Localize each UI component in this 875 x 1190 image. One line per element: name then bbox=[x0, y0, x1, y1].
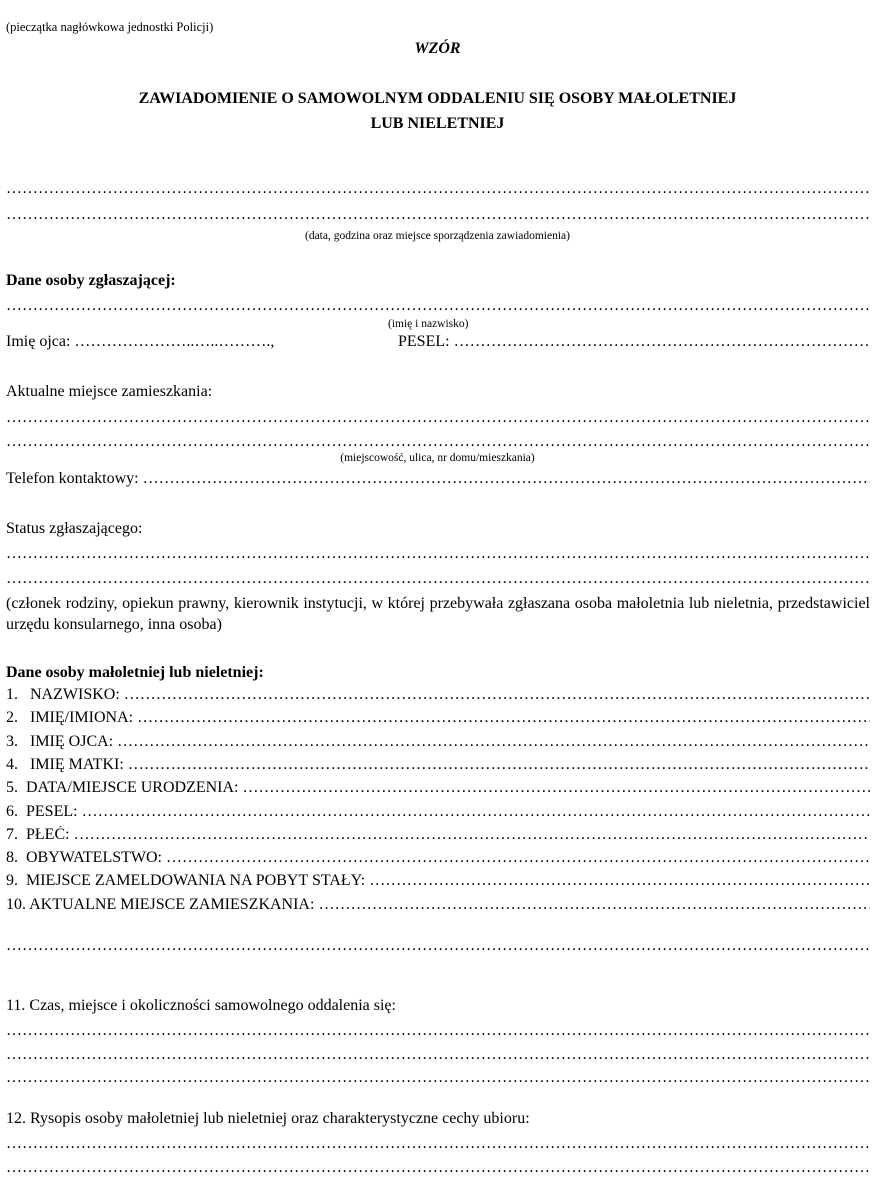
item12-field-1[interactable]: …………………………………………………………………………………………………………… bbox=[6, 1135, 870, 1153]
pesel-label: PESEL: bbox=[398, 333, 450, 350]
minor-field-label: 4. IMIĘ MATKI: bbox=[6, 756, 124, 773]
minor-heading: Dane osoby małoletniej lub nieletniej: bbox=[6, 664, 264, 682]
phone-label: Telefon kontaktowy: bbox=[6, 470, 139, 487]
minor-field-row: 8. OBYWATELSTWO: ……………………………………………………………… bbox=[6, 849, 870, 867]
status-note: (członek rodziny, opiekun prawny, kierow… bbox=[6, 593, 870, 635]
minor-field-label: 3. IMIĘ OJCA: bbox=[6, 733, 113, 750]
minor-field-label: 2. IMIĘ/IMIONA: bbox=[6, 709, 133, 726]
item12-label: 12. Rysopis osoby małoletniej lub nielet… bbox=[6, 1110, 530, 1128]
minor-field-row: 1. NAZWISKO: ………………………………………………………………………… bbox=[6, 686, 870, 704]
reporter-heading: Dane osoby zgłaszającej: bbox=[6, 272, 176, 290]
father-name-label: Imię ojca: bbox=[6, 333, 70, 350]
phone-field[interactable]: …………………………………………………………………………………………………………… bbox=[143, 470, 870, 487]
minor-field-row: 3. IMIĘ OJCA: ……………………………………………………………………… bbox=[6, 733, 870, 751]
minor-field-label: 8. OBYWATELSTWO: bbox=[6, 849, 162, 866]
minor-field-label: 9. MIEJSCE ZAMELDOWANIA NA POBYT STAŁY: bbox=[6, 872, 365, 889]
item12-field-2[interactable]: …………………………………………………………………………………………………………… bbox=[6, 1159, 870, 1177]
minor-field-row: 10. AKTUALNE MIEJSCE ZAMIESZKANIA: ……………… bbox=[6, 896, 870, 914]
minor-field-row: 5. DATA/MIEJSCE URODZENIA: …………………………………… bbox=[6, 779, 870, 797]
minor-field-input[interactable]: …………………………………………………………………………………………………………… bbox=[318, 896, 870, 913]
form-title-line1: ZAWIADOMIENIE O SAMOWOLNYM ODDALENIU SIĘ… bbox=[0, 90, 875, 108]
minor-field-row: 4. IMIĘ MATKI: …………………………………………………………………… bbox=[6, 756, 870, 774]
minor-field-input[interactable]: …………………………………………………………………………………………………………… bbox=[137, 709, 870, 726]
minor-field-label: 10. AKTUALNE MIEJSCE ZAMIESZKANIA: bbox=[6, 896, 314, 913]
status-field-1[interactable]: …………………………………………………………………………………………………………… bbox=[6, 545, 870, 563]
minor-field-input[interactable]: …………………………………………………………………………………………………………… bbox=[124, 686, 870, 703]
minor-field-input[interactable]: …………………………………………………………………………………………………………… bbox=[369, 872, 870, 889]
pesel-field[interactable]: …………………………………………………………………………………………………………… bbox=[454, 333, 870, 350]
address-field-1[interactable]: …………………………………………………………………………………………………………… bbox=[6, 409, 870, 427]
minor-field-row: 6. PESEL: ………………………………………………………………………………… bbox=[6, 803, 870, 821]
minor-field-input[interactable]: …………………………………………………………………………………………………………… bbox=[117, 733, 870, 750]
minor-field-row: 7. PŁEĆ: …………………………………………………………………………………… bbox=[6, 826, 870, 844]
date-place-caption: (data, godzina oraz miejsce sporządzenia… bbox=[0, 230, 875, 242]
item11-field-3[interactable]: …………………………………………………………………………………………………………… bbox=[6, 1069, 870, 1087]
pesel-row: PESEL: ………………………………………………………………………………………… bbox=[398, 333, 870, 351]
minor-field-input[interactable]: …………………………………………………………………………………………………………… bbox=[82, 803, 870, 820]
template-label: WZÓR bbox=[0, 40, 875, 58]
minor-field-label: 1. NAZWISKO: bbox=[6, 686, 120, 703]
date-place-field-2[interactable]: …………………………………………………………………………………………………………… bbox=[6, 206, 870, 224]
item11-field-1[interactable]: …………………………………………………………………………………………………………… bbox=[6, 1022, 870, 1040]
minor-field-label: 5. DATA/MIEJSCE URODZENIA: bbox=[6, 779, 239, 796]
minor-field-row: 9. MIEJSCE ZAMELDOWANIA NA POBYT STAŁY: … bbox=[6, 872, 870, 890]
reporter-name-caption: (imię i nazwisko) bbox=[388, 318, 468, 330]
minor-field-label: 7. PŁEĆ: bbox=[6, 826, 70, 843]
address-label: Aktualne miejsce zamieszkania: bbox=[6, 383, 212, 401]
minor-field-label: 6. PESEL: bbox=[6, 803, 78, 820]
form-title-line2: LUB NIELETNIEJ bbox=[0, 115, 875, 133]
minor-field-input[interactable]: …………………………………………………………………………………………………………… bbox=[243, 779, 871, 796]
status-label: Status zgłaszającego: bbox=[6, 520, 142, 538]
father-name-row: Imię ojca: …………………..…..………., bbox=[6, 333, 274, 351]
address-caption: (miejscowość, ulica, nr domu/mieszkania) bbox=[0, 452, 875, 464]
minor-field-input[interactable]: …………………………………………………………………………………………………………… bbox=[128, 756, 870, 773]
minor-field-input[interactable]: …………………………………………………………………………………………………………… bbox=[74, 826, 870, 843]
date-place-field-1[interactable]: …………………………………………………………………………………………………………… bbox=[6, 180, 870, 198]
current-residence-field-2[interactable]: …………………………………………………………………………………………………………… bbox=[6, 937, 870, 955]
father-name-field[interactable]: …………………..…..………., bbox=[74, 333, 274, 350]
minor-field-input[interactable]: …………………………………………………………………………………………………………… bbox=[166, 849, 870, 866]
address-field-2[interactable]: …………………………………………………………………………………………………………… bbox=[6, 433, 870, 451]
stamp-label: (pieczątka nagłówkowa jednostki Policji) bbox=[6, 20, 213, 35]
minor-field-row: 2. IMIĘ/IMIONA: ………………………………………………………………… bbox=[6, 709, 870, 727]
item11-field-2[interactable]: …………………………………………………………………………………………………………… bbox=[6, 1046, 870, 1064]
reporter-name-field[interactable]: …………………………………………………………………………………………………………… bbox=[6, 297, 870, 315]
phone-row: Telefon kontaktowy: ……………………………………………………… bbox=[6, 470, 870, 488]
item11-label: 11. Czas, miejsce i okoliczności samowol… bbox=[6, 997, 396, 1015]
status-field-2[interactable]: …………………………………………………………………………………………………………… bbox=[6, 570, 870, 588]
